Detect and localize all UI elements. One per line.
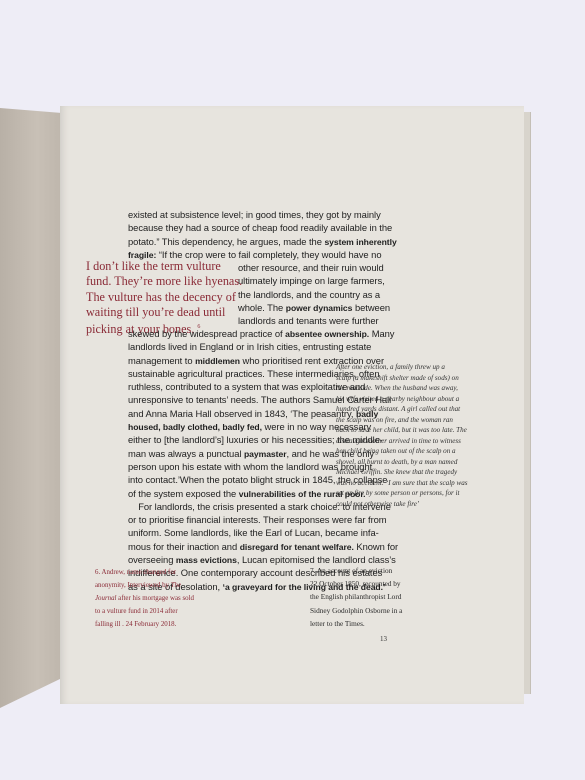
footnote-line: anonymity, Interviewed by The — [95, 579, 194, 592]
body-line: landlords and tenants were further — [238, 314, 390, 327]
body-line: other resource, and their ruin would — [238, 261, 390, 274]
emphasis-text: disregard for tenant welfare. — [240, 542, 354, 552]
overlay-line: was no accident: ‘I am sure that the sca… — [336, 478, 468, 489]
footnote-6: 6. Andrew, name changed for anonymity, I… — [95, 566, 194, 631]
emphasis-text: middlemen — [195, 356, 240, 366]
footnote-line: to a vulture fund in 2014 after — [95, 605, 194, 618]
overlay-line: scalp (a makeshift shelter made of sods)… — [336, 373, 468, 384]
overlay-line: her child being taken out of the scalp o… — [336, 446, 468, 457]
body-line: existed at subsistence level; in good ti… — [128, 208, 397, 221]
emphasis-text: absentee ownership. — [285, 329, 369, 339]
overlay-line: the roadside. When the husband was away, — [336, 383, 468, 394]
overlay-line: distraught mother arrived in time to wit… — [336, 436, 468, 447]
body-line: potato.” This dependency, he argues, mad… — [128, 235, 397, 248]
footnote-line: Sidney Godolphin Osborne in a — [310, 604, 402, 617]
body-line: skewed by the widespread practice of abs… — [128, 327, 398, 340]
emphasis-text: housed, badly clothed, badly fed, — [128, 422, 262, 432]
emphasis-text: mass evictions — [176, 555, 237, 565]
overlay-line: shovel, all burnt to death, by a man nam… — [336, 457, 468, 468]
body-side-column: other resource, and their ruin would ult… — [238, 261, 390, 327]
footnote-line: Journal after his mortgage was sold — [95, 592, 194, 605]
emphasis-text: power dynamics — [286, 303, 353, 313]
pull-quote-line: waiting till you’re dead until — [86, 305, 242, 320]
footnote-line: 6. Andrew, name changed for — [95, 566, 194, 579]
eviction-account-overlay: After one eviction, a family threw up a … — [336, 362, 468, 509]
footnote-line: falling ill . 24 February 2018. — [95, 618, 194, 631]
body-top-paragraph: existed at subsistence level; in good ti… — [128, 208, 397, 261]
overlay-line: his wife visited a nearby neighbour abou… — [336, 394, 468, 405]
emphasis-text: paymaster — [244, 449, 287, 459]
emphasis-text: system inherently — [324, 237, 396, 247]
page-number: 13 — [380, 635, 387, 643]
footnote-line: 7. An account of an eviction — [310, 564, 402, 577]
body-line: ultimately impinge on large farmers, — [238, 274, 390, 287]
body-line: mous for their inaction and disregard fo… — [128, 540, 398, 553]
body-line: the landlords, and the country as a — [238, 288, 390, 301]
footnote-line: 22 October 1850, recounted by — [310, 577, 402, 590]
body-line: because they had a source of cheap food … — [128, 221, 397, 234]
footnote-line: the English philanthropist Lord — [310, 590, 402, 603]
overlay-line: back to save her child, but it was too l… — [336, 425, 468, 436]
overlay-line: the scalp was on fire, and the woman ran — [336, 415, 468, 426]
pull-quote: I don’t like the term vulture fund. They… — [86, 259, 242, 337]
left-page — [0, 108, 62, 708]
overlay-line: hundred yards distant. A girl called out… — [336, 404, 468, 415]
body-line: landlords lived in England or in Irish c… — [128, 340, 398, 353]
pull-quote-line: fund. They’re more like hyenas. — [86, 274, 242, 289]
overlay-line: After one eviction, a family threw up a — [336, 362, 468, 373]
pull-quote-line: I don’t like the term vulture — [86, 259, 242, 274]
pull-quote-line: The vulture has the decency of — [86, 290, 242, 305]
overlay-line: Michael Griffin. She knew that the trage… — [336, 467, 468, 478]
footnote-7: 7. An account of an eviction 22 October … — [310, 564, 402, 630]
body-line: uniform. Some landlords, like the Earl o… — [128, 526, 398, 539]
overlay-line: could not otherwise take fire’ — [336, 499, 468, 510]
overlay-line: set on fire by some person or persons, f… — [336, 488, 468, 499]
body-line: or to prioritise financial interests. Th… — [128, 513, 398, 526]
footnote-line: letter to the Times. — [310, 617, 402, 630]
body-line: whole. The power dynamics between — [238, 301, 390, 314]
